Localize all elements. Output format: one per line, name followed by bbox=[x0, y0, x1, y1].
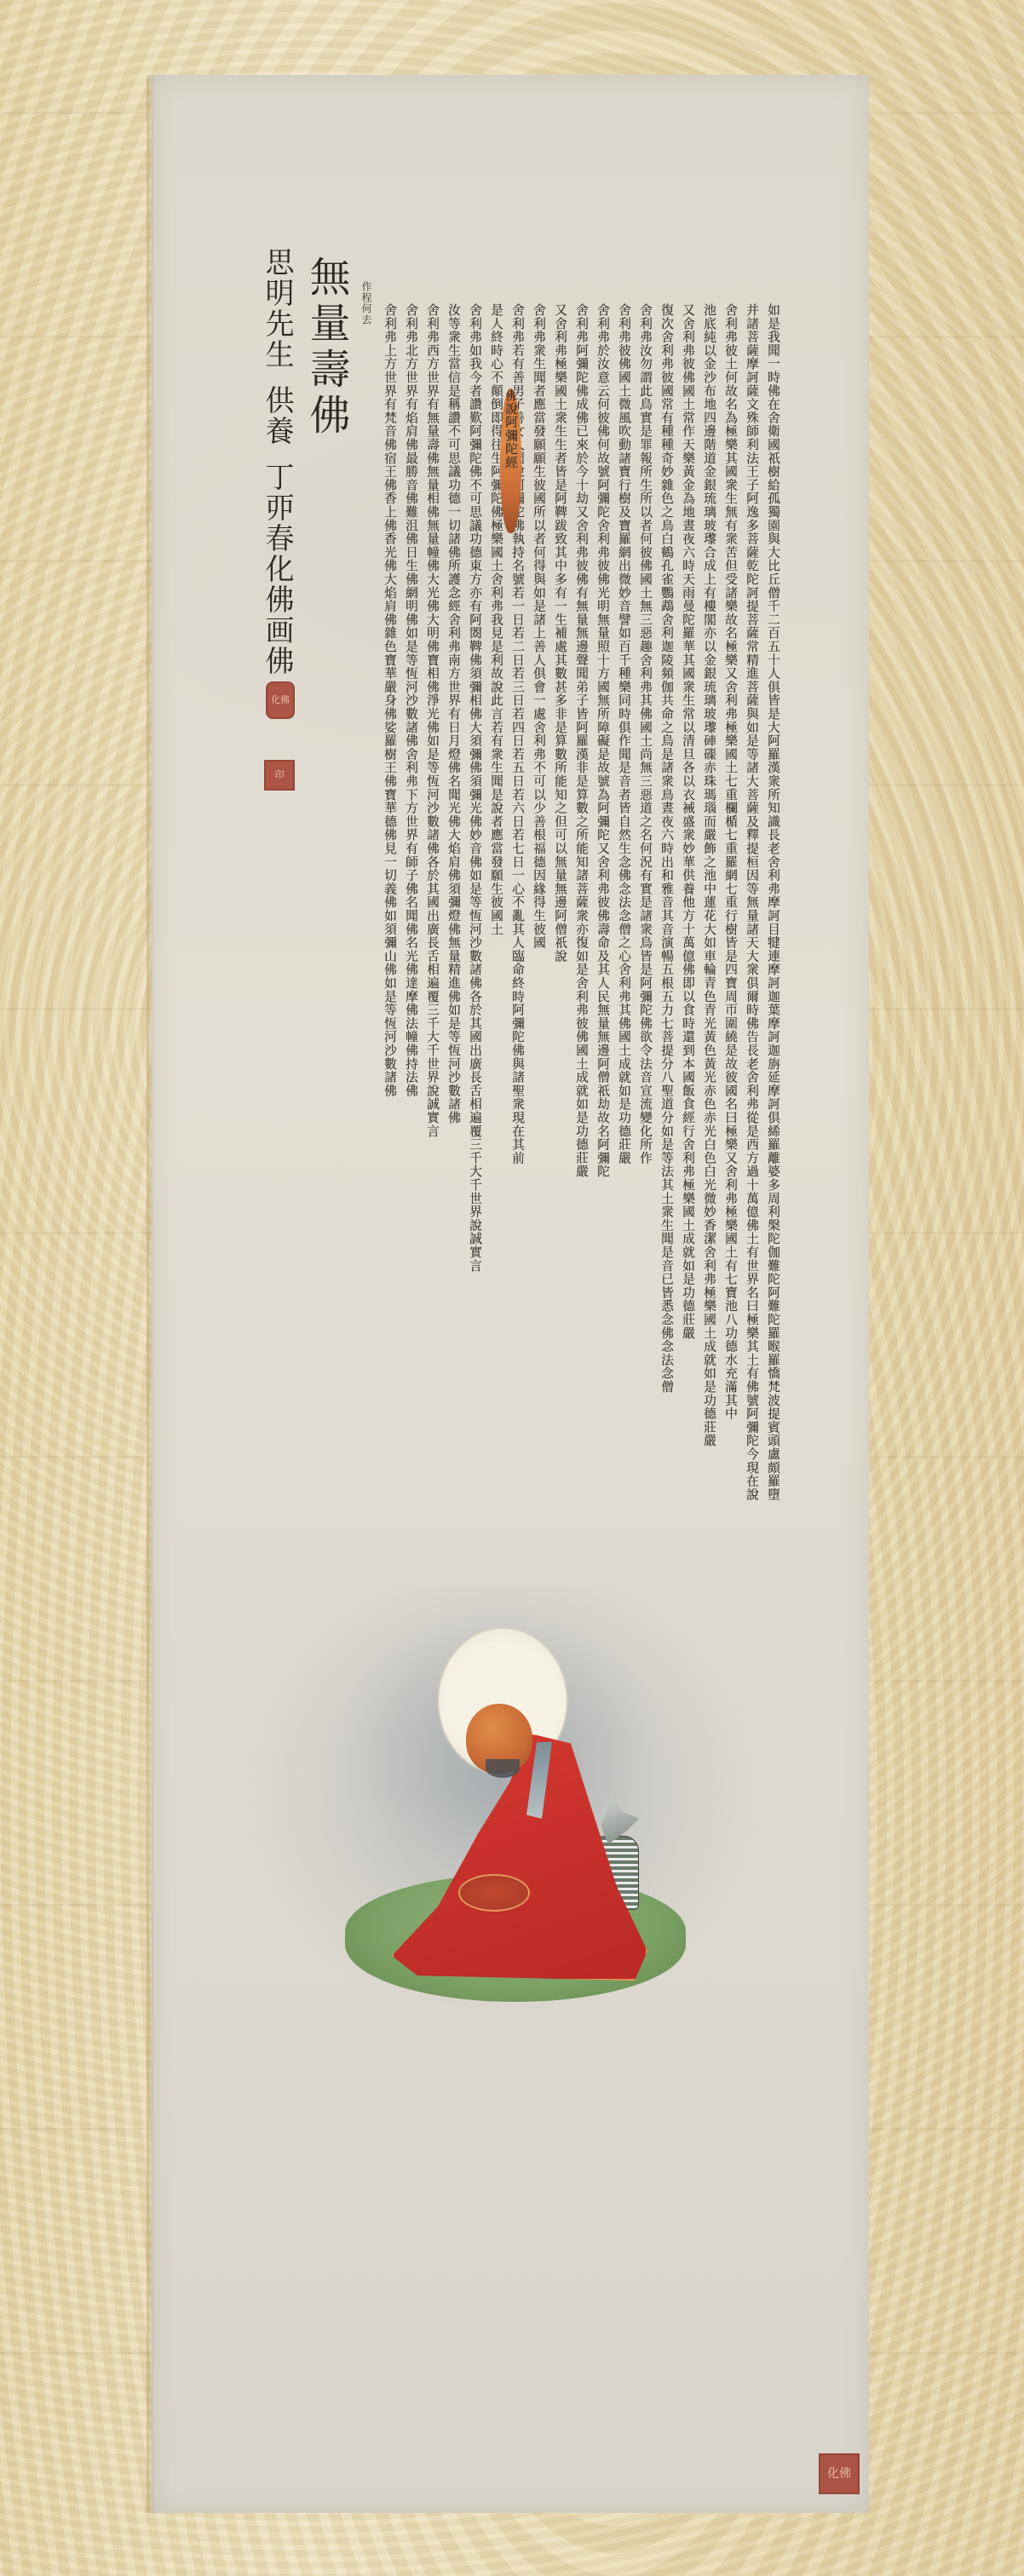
sutra-column: 舍利弗北方世界有焰肩佛最勝音佛難沮佛日生佛網明佛如是等恆河沙數諸佛舍利弗下方世界… bbox=[400, 303, 422, 1506]
red-robe bbox=[392, 1734, 647, 1981]
small-annotation: 作程何去 bbox=[360, 281, 374, 325]
dedication-offering: 供養 bbox=[260, 385, 294, 446]
sutra-column: 舍利弗西方世界有無量壽佛無量相佛無量幢佛大光佛大明佛寶相佛淨光佛如是等恆河沙數諸… bbox=[422, 303, 443, 1506]
painting-title: 無量壽佛 bbox=[304, 256, 348, 440]
sutra-column: 舍利弗如我今者讚歎阿彌陀佛不可思議功德東方亦有阿閦鞞佛須彌相佛大須彌佛須彌光佛妙… bbox=[464, 303, 486, 1506]
sutra-column: 舍利弗於汝意云何彼佛何故號阿彌陀舍利弗彼佛光明無量照十方國無所障礙是故號為阿彌陀… bbox=[592, 303, 613, 1506]
sutra-column: 舍利弗彼佛國土微風吹動諸寶行樹及寶羅網出微妙音譬如百千種樂同時俱作聞是音者皆自然… bbox=[613, 303, 635, 1506]
sutra-column: 舍利弗衆生聞者應當發願願生彼國所以者何得與如是諸上善人俱會一處舍利弗不可以少善根… bbox=[528, 303, 549, 1506]
sutra-column: 舍利弗阿彌陀佛成佛已來於今十劫又舍利弗彼佛有無量無邊聲聞弟子皆阿羅漢非是算數之所… bbox=[571, 303, 592, 1506]
monk-beard bbox=[486, 1759, 520, 1778]
artist-seal-round: 化佛 bbox=[266, 681, 295, 719]
sutra-column: 又舍利弗彼佛國土常作天樂黃金為地晝夜六時天雨曼陀羅華其國衆生常以清旦各以衣裓盛衆… bbox=[677, 303, 699, 1506]
sutra-column: 汝等衆生當信是稱讚不可思議功德一切諸佛所護念經舍利弗南方世界有日月燈佛名聞光佛大… bbox=[443, 303, 464, 1506]
dedication-recipient: 思明先生 bbox=[260, 247, 294, 370]
sutra-column: 又舍利弗極樂國土衆生生者皆是阿鞞跋致其中多有一生補處其數甚多非是算數所能知之但可… bbox=[549, 303, 571, 1506]
corner-seal: 化佛 bbox=[819, 2453, 860, 2494]
sutra-column: 池底純以金沙布地四邊階道金銀琉璃玻瓈合成上有樓閣亦以金銀琉璃玻瓈硨磲赤珠瑪瑙而嚴… bbox=[699, 303, 720, 1506]
sutra-column: 舍利弗上方世界有梵音佛宿王佛香上佛香光佛大焰肩佛雜色寶華嚴身佛娑羅樹王佛寶華德佛… bbox=[379, 303, 400, 1506]
sutra-column: 如是我聞一時佛在舍衛國祇樹給孤獨園與大比丘僧千二百五十人俱皆是大阿羅漢衆所知識長… bbox=[762, 303, 784, 1506]
dedication-inscription: 思明先生供養丁丣春化佛画佛 bbox=[260, 247, 294, 676]
sutra-heading: 佛說阿彌陀經 bbox=[500, 388, 521, 533]
artist-seal-square: 印 bbox=[264, 760, 295, 791]
folded-hands bbox=[458, 1874, 530, 1912]
sutra-text-block: 佛說阿彌陀經 如是我聞一時佛在舍衛國祇樹給孤獨園與大比丘僧千二百五十人俱皆是大阿… bbox=[375, 303, 784, 1509]
sutra-column: 舍利弗汝勿謂此鳥實是罪報所生所以者何彼佛國土無三惡趣舍利弗其佛國土尚無三惡道之名… bbox=[635, 303, 656, 1506]
sutra-column: 復次舍利弗彼國常有種種奇妙雜色之鳥白鶴孔雀鸚鵡舍利迦陵頻伽共命之鳥是諸衆鳥晝夜六… bbox=[656, 303, 677, 1506]
robe-body bbox=[392, 1734, 647, 1981]
sutra-column: 并諸菩薩摩訶薩文殊師利法王子阿逸多菩薩乾陀訶提菩薩常精進菩薩與如是等諸大菩薩及釋… bbox=[741, 303, 762, 1506]
seated-monk-painting bbox=[341, 1619, 699, 2027]
dedication-signature: 丁丣春化佛画佛 bbox=[260, 462, 294, 676]
sutra-column: 舍利弗彼土何故名為極樂其國衆生無有衆苦但受諸樂故名極樂又舍利弗極樂國土七重欄楯七… bbox=[720, 303, 741, 1506]
